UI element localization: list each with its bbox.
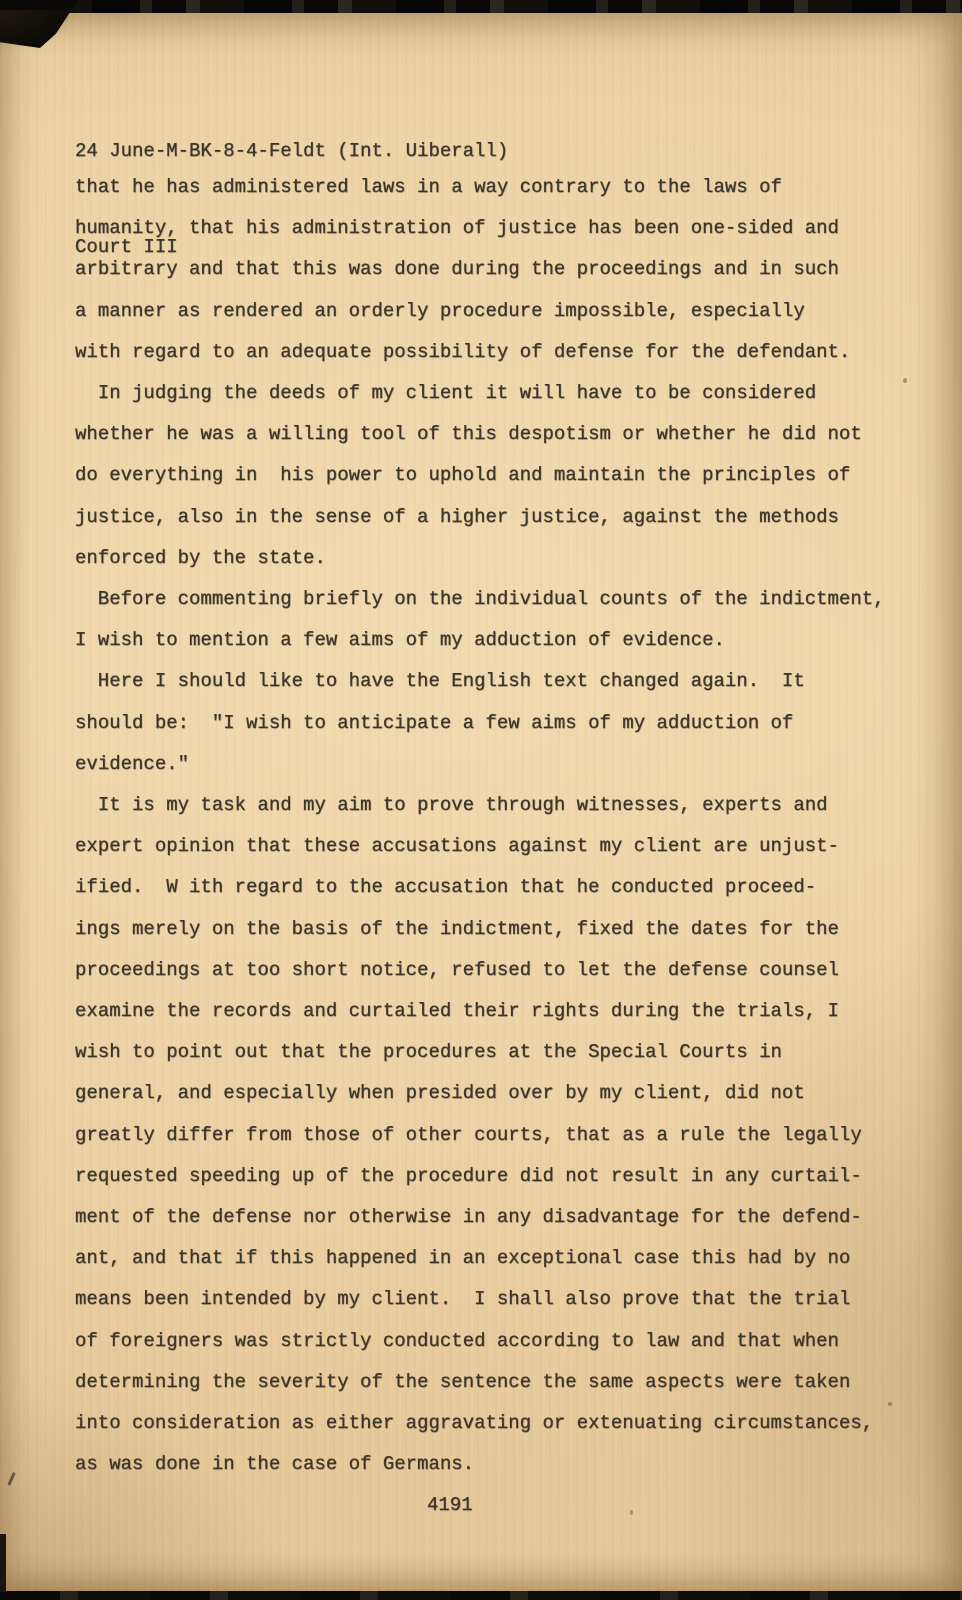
text-line: into consideration as either aggravating…	[75, 1403, 885, 1444]
text-line: do everything in his power to uphold and…	[75, 455, 885, 496]
text-line: evidence."	[75, 744, 885, 785]
header-line-reference: 24 June-M-BK-8-4-Feldt (Int. Uiberall)	[75, 135, 508, 167]
text-line: Before commenting briefly on the individ…	[75, 579, 885, 620]
text-line: wish to point out that the procedures at…	[75, 1032, 885, 1073]
text-line: expert opinion that these accusations ag…	[75, 826, 885, 867]
text-line: as was done in the case of Germans.	[75, 1444, 885, 1485]
text-line: general, and especially when presided ov…	[75, 1073, 885, 1114]
page-number: 4191	[427, 1489, 473, 1521]
scan-edge-left	[0, 1534, 6, 1592]
text-line: It is my task and my aim to prove throug…	[75, 785, 885, 826]
text-line: arbitrary and that this was done during …	[75, 249, 885, 290]
text-line: ment of the defense nor otherwise in any…	[75, 1197, 885, 1238]
text-line: of foreigners was strictly conducted acc…	[75, 1321, 885, 1362]
scanned-document-page: { "document": { "header": { "line1": "24…	[0, 0, 962, 1600]
text-line: should be: "I wish to anticipate a few a…	[75, 703, 885, 744]
text-line: with regard to an adequate possibility o…	[75, 332, 885, 373]
text-line: means been intended by my client. I shal…	[75, 1279, 885, 1320]
text-line: enforced by the state.	[75, 538, 885, 579]
text-line: determining the severity of the sentence…	[75, 1362, 885, 1403]
scan-edge-bottom	[0, 1591, 962, 1600]
text-line: greatly differ from those of other court…	[75, 1115, 885, 1156]
text-line: humanity, that his administration of jus…	[75, 208, 885, 249]
text-line: requested speeding up of the procedure d…	[75, 1156, 885, 1197]
text-line: justice, also in the sense of a higher j…	[75, 497, 885, 538]
document-body: that he has administered laws in a way c…	[75, 167, 885, 1486]
text-line: a manner as rendered an orderly procedur…	[75, 291, 885, 332]
text-line: I wish to mention a few aims of my adduc…	[75, 620, 885, 661]
text-line: examine the records and curtailed their …	[75, 991, 885, 1032]
text-line: ings merely on the basis of the indictme…	[75, 909, 885, 950]
ink-speck	[888, 1402, 892, 1406]
text-line: ant, and that if this happened in an exc…	[75, 1238, 885, 1279]
ink-speck	[630, 1510, 633, 1515]
text-line: that he has administered laws in a way c…	[75, 167, 885, 208]
ink-speck	[903, 378, 907, 383]
text-line: In judging the deeds of my client it wil…	[75, 373, 885, 414]
scan-edge-top	[0, 0, 962, 13]
text-line: proceedings at too short notice, refused…	[75, 950, 885, 991]
text-line: ified. W ith regard to the accusation th…	[75, 867, 885, 908]
corner-shadow	[0, 10, 120, 80]
text-line: whether he was a willing tool of this de…	[75, 414, 885, 455]
text-line: Here I should like to have the English t…	[75, 661, 885, 702]
